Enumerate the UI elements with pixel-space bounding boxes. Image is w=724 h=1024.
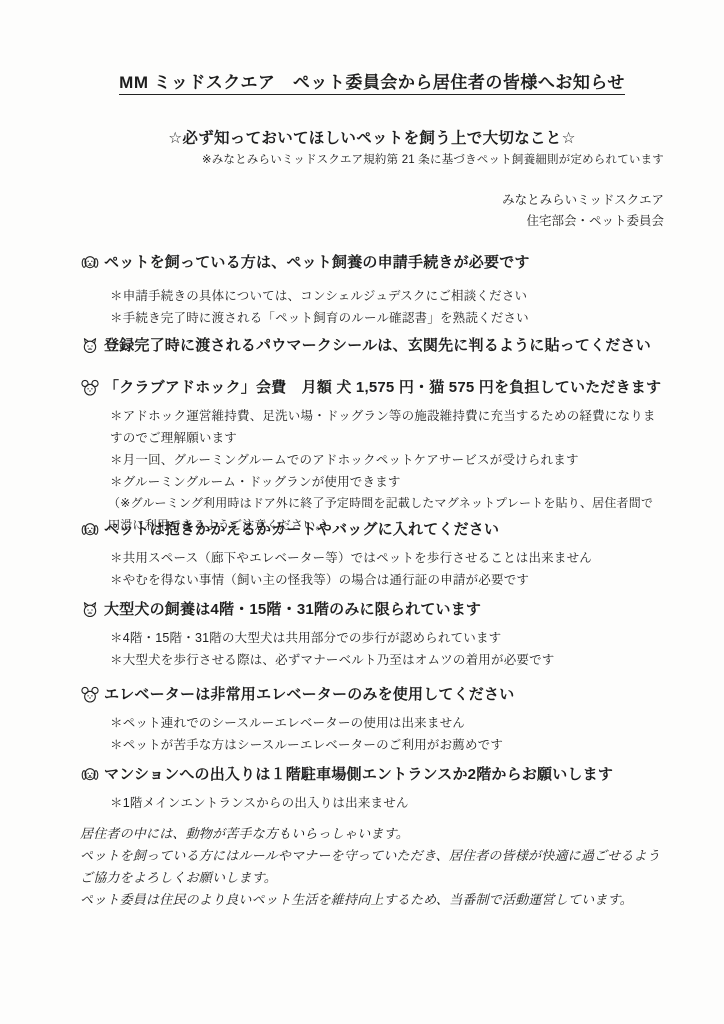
section-heading: 登録完了時に渡されるパウマークシールは、玄関先に判るように貼ってください	[104, 334, 651, 358]
dog-face-icon	[80, 765, 100, 785]
section-pet-application: ペットを飼っている方は、ペット飼養の申請手続きが必要です ＊申請手続きの具体につ…	[80, 251, 664, 329]
section-heading: 「クラブアドホック」会費 月額 犬 1,575 円・猫 575 円を負担していた…	[104, 376, 661, 400]
section-heading: ペットを飼っている方は、ペット飼養の申請手続きが必要です	[104, 251, 530, 275]
mouse-face-icon	[80, 685, 100, 705]
issuer-line1: みなとみらいミッドスクエア	[80, 190, 664, 211]
section-heading: 大型犬の飼養は4階・15階・31階のみに限られています	[104, 598, 481, 622]
scanned-notice-page: MM ミッドスクエア ペット委員会から居住者の皆様へお知らせ ☆必ず知っておいて…	[0, 0, 724, 1024]
bullet-item: ＊月一回、グルーミングルームでのアドホックペットケアサービスが受けられます	[110, 449, 664, 471]
section-elevators: エレベーターは非常用エレベーターのみを使用してください ＊ペット連れでのシースル…	[80, 683, 664, 756]
bullet-item: ＊大型犬を歩行させる際は、必ずマナーベルト乃至はオムツの着用が必要です	[110, 649, 664, 671]
bullet-item: ＊共用スペース（廊下やエレベーター等）ではペットを歩行させることは出来ません	[110, 547, 664, 569]
page-title: MM ミッドスクエア ペット委員会から居住者の皆様へお知らせ	[80, 68, 664, 93]
bullet-item: ＊ペットが苦手な方はシースルーエレベーターのご利用がお薦めです	[110, 734, 664, 756]
mouse-face-icon	[80, 378, 100, 398]
section-heading: エレベーターは非常用エレベーターのみを使用してください	[104, 683, 514, 707]
closing-paragraph: ペット委員は住民のより良いペット生活を維持向上するため、当番制で活動運営していま…	[80, 889, 664, 911]
cat-face-icon	[80, 600, 100, 620]
section-entrances: マンションへの出入りは１階駐車場側エントランスか2階からお願いします ＊1階メイ…	[80, 763, 664, 814]
bullet-item: ＊4階・15階・31階の大型犬は共用部分での歩行が認められています	[110, 627, 664, 649]
closing-paragraph: 居住者の中には、動物が苦手な方もいらっしゃいます。	[80, 823, 664, 845]
section-paw-mark-seal: 登録完了時に渡されるパウマークシールは、玄関先に判るように貼ってください	[80, 334, 664, 358]
subtitle-note: ※みなとみらいミッドスクエア規約第 21 条に基づきペット飼養細則が定められてい…	[80, 151, 664, 167]
page-title-text: MM ミッドスクエア ペット委員会から居住者の皆様へお知らせ	[119, 73, 625, 95]
bullet-item: ＊アドホック運営維持費、足洗い場・ドッグラン等の施設維持費に充当するための経費に…	[110, 405, 664, 449]
section-carry-pets: ペットは抱きかかえるかカートやバッグに入れてください ＊共用スペース（廊下やエレ…	[80, 518, 664, 591]
section-club-adhoc-fee: 「クラブアドホック」会費 月額 犬 1,575 円・猫 575 円を負担していた…	[80, 376, 664, 536]
closing-remarks: 居住者の中には、動物が苦手な方もいらっしゃいます。 ペットを飼っている方にはルー…	[80, 823, 664, 911]
cat-face-icon	[80, 336, 100, 356]
bullet-item: ＊申請手続きの具体については、コンシェルジュデスクにご相談ください	[110, 285, 664, 307]
issuer-block: みなとみらいミッドスクエア 住宅部会・ペット委員会	[80, 190, 664, 232]
bullet-item: ＊手続き完了時に渡される「ペット飼育のルール確認書」を熟読ください	[110, 307, 664, 329]
dog-face-icon	[80, 253, 100, 273]
section-heading: マンションへの出入りは１階駐車場側エントランスか2階からお願いします	[104, 763, 613, 787]
issuer-line2: 住宅部会・ペット委員会	[80, 211, 664, 232]
section-heading: ペットは抱きかかえるかカートやバッグに入れてください	[104, 518, 499, 542]
dog-face-icon	[80, 520, 100, 540]
bullet-item: ＊ペット連れでのシースルーエレベーターの使用は出来ません	[110, 712, 664, 734]
bullet-item: ＊やむを得ない事情（飼い主の怪我等）の場合は通行証の申請が必要です	[110, 569, 664, 591]
section-large-dogs: 大型犬の飼養は4階・15階・31階のみに限られています ＊4階・15階・31階の…	[80, 598, 664, 671]
subtitle: ☆必ず知っておいてほしいペットを飼う上で大切なこと☆	[80, 126, 664, 148]
closing-paragraph: ペットを飼っている方にはルールやマナーを守っていただき、居住者の皆様が快適に過ご…	[80, 845, 664, 889]
bullet-item: ＊グルーミングルーム・ドッグランが使用できます	[110, 471, 664, 493]
bullet-item: ＊1階メインエントランスからの出入りは出来ません	[110, 792, 664, 814]
